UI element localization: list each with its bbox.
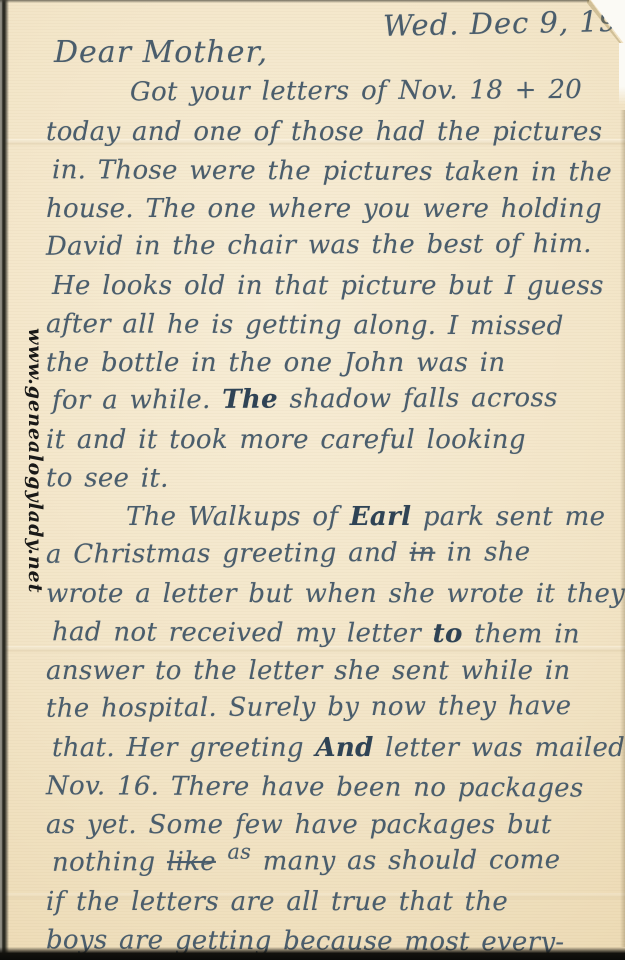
letter-text: if the letters are all true that the [46,887,508,917]
letter-paper: www.genealogylady.net Wed. Dec 9, 1942 D… [0,0,625,960]
letter-line: the bottle in the one John was in [0,344,621,383]
letter-text: today and one of those had the pictures [46,117,602,147]
letter-line: as yet. Some few have packages but [0,806,621,845]
letter-text: a Christmas greeting and [46,538,410,570]
letter-line: David in the chair was the best of him. [0,225,621,267]
letter-line: He looks old in that picture but I guess [0,267,621,306]
letter-text: that. Her greeting [52,733,315,763]
letter-text: the bottle in the one John was in [46,348,505,378]
letter-text: had not received my letter [52,617,433,649]
letter-line: Got your letters of Nov. 18 + 20 [0,71,621,113]
letter-body: Got your letters of Nov. 18 + 20today an… [0,74,621,960]
letter-text: in. Those were the pictures taken in the [52,155,612,187]
letter-date: Wed. Dec 9, 1942 [383,3,625,43]
letter-text: answer to the letter she sent while in [46,656,570,686]
scan-edge-top [0,0,589,3]
letter-text: Nov. 16. There have been no packages [46,771,584,803]
letter-text: to [433,619,463,649]
letter-text: David in the chair was the best of him. [46,229,592,262]
letter-line: Nov. 16. There have been no packages [0,767,621,808]
letter-line: a Christmas greeting and in in she [0,533,621,575]
inserted-word: as [227,839,251,863]
letter-salutation: Dear Mother, [54,35,268,70]
letter-text: And [315,733,373,763]
struck-word: like [167,847,216,877]
letter-text: Got your letters of Nov. 18 + 20 [130,75,582,107]
letter-text: many as should come [251,845,560,877]
letter-text: park sent me [411,502,605,532]
letter-line: nothing like as many as should come [0,841,621,883]
letter-line: the hospital. Surely by now they have [0,687,621,729]
letter-text: as yet. Some few have packages but [46,810,552,840]
letter-text: He looks old in that picture but I guess [52,271,604,301]
letter-text: wrote a letter but when she wrote it the… [46,579,625,609]
scan-edge-left [0,0,9,960]
letter-text: the hospital. Surely by now they have [46,691,572,724]
scan-edge-right [620,110,625,947]
letter-line: after all he is getting along. I missed [0,305,621,346]
letter-text [216,847,228,877]
letter-text: letter was mailed [374,733,625,763]
letter-line: answer to the letter she sent while in [0,652,621,691]
letter-line: house. The one where you were holding [0,190,621,229]
letter-text: for a while. [52,385,222,416]
scan-background-sliver [619,43,625,105]
letter-text: nothing [52,847,167,878]
letter-line: The Walkups of Earl park sent me [0,498,621,537]
letter-line: today and one of those had the pictures [0,113,621,152]
letter-text: shadow falls across [278,383,558,414]
letter-line: for a while. The shadow falls across [0,379,621,421]
letter-text: it and it took more careful looking [46,425,526,455]
letter-line: it and it took more careful looking [0,421,621,460]
letter-text: after all he is getting along. I missed [46,309,564,341]
letter-text: in she [435,537,530,567]
letter-text: house. The one where you were holding [46,194,602,224]
letter-line: in. Those were the pictures taken in the [0,151,621,192]
struck-word: in [410,538,436,568]
letter-line: if the letters are all true that the [0,883,621,922]
scan-edge-bottom [0,947,625,960]
letter-line: wrote a letter but when she wrote it the… [0,575,621,614]
letter-text: them in [463,619,580,650]
letter-line: that. Her greeting And letter was mailed [0,729,621,768]
letter-text: The [222,385,278,415]
letter-text: Earl [350,502,411,532]
letter-text: to see it. [46,463,169,494]
letter-line: to see it. [0,459,621,500]
letter-text: The Walkups of [126,502,350,532]
letter-line: had not received my letter to them in [0,613,621,654]
